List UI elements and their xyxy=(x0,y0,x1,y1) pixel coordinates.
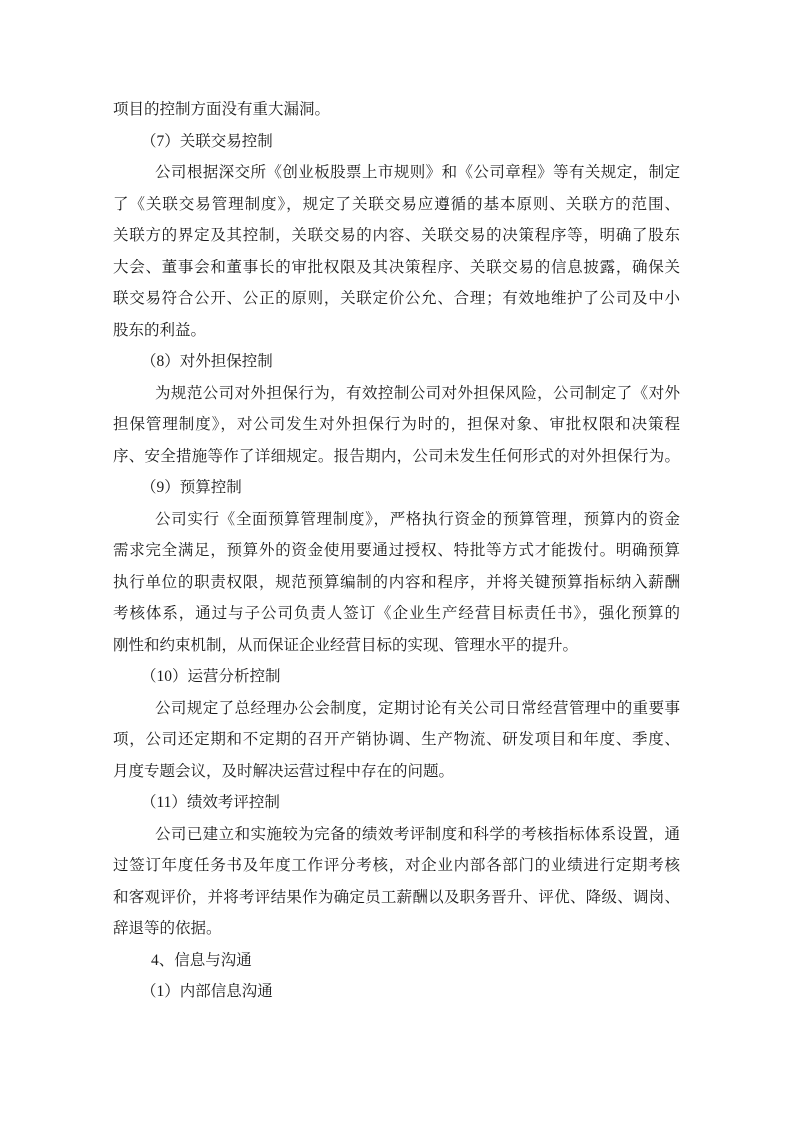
text-line: 公司根据深交所《创业板股票上市规则》和《公司章程》等有关规定，制定 xyxy=(113,157,680,189)
text-line: 联交易符合公开、公正的原则，关联定价公允、合理；有效地维护了公司及中小 xyxy=(113,283,680,315)
section-heading: （1）内部信息沟通 xyxy=(113,976,680,1008)
text-line: 了《关联交易管理制度》，规定了关联交易应遵循的基本原则、关联方的范围、 xyxy=(113,189,680,221)
text-line: 考核体系，通过与子公司负责人签订《企业生产经营目标责任书》，强化预算的 xyxy=(113,598,680,630)
text-line: 担保管理制度》，对公司发生对外担保行为时的，担保对象、审批权限和决策程 xyxy=(113,409,680,441)
text-line: 月度专题会议，及时解决运营过程中存在的问题。 xyxy=(113,756,680,788)
text-line: 为规范公司对外担保行为，有效控制公司对外担保风险，公司制定了《对外 xyxy=(113,378,680,410)
text-line: 项，公司还定期和不定期的召开产销协调、生产物流、研发项目和年度、季度、 xyxy=(113,724,680,756)
text-line: 需求完全满足，预算外的资金使用要通过授权、特批等方式才能拨付。明确预算 xyxy=(113,535,680,567)
text-line: 公司实行《全面预算管理制度》，严格执行资金的预算管理，预算内的资金 xyxy=(113,504,680,536)
text-line: 关联方的界定及其控制，关联交易的内容、关联交易的决策程序等，明确了股东 xyxy=(113,220,680,252)
document-body: 项目的控制方面没有重大漏洞。 （7）关联交易控制 公司根据深交所《创业板股票上市… xyxy=(113,94,680,1008)
document-page: 项目的控制方面没有重大漏洞。 （7）关联交易控制 公司根据深交所《创业板股票上市… xyxy=(0,0,793,1122)
section-heading: （8）对外担保控制 xyxy=(113,346,680,378)
text-line: 辞退等的依据。 xyxy=(113,913,680,945)
text-line: 股东的利益。 xyxy=(113,315,680,347)
text-line: 执行单位的职责权限，规范预算编制的内容和程序，并将关键预算指标纳入薪酬 xyxy=(113,567,680,599)
text-line: 公司已建立和实施较为完备的绩效考评制度和科学的考核指标体系设置，通 xyxy=(113,819,680,851)
section-heading: （7）关联交易控制 xyxy=(113,126,680,158)
text-line: 公司规定了总经理办公会制度，定期讨论有关公司日常经营管理中的重要事 xyxy=(113,693,680,725)
section-heading: 4、信息与沟通 xyxy=(113,945,680,977)
text-line: 大会、董事会和董事长的审批权限及其决策程序、关联交易的信息披露，确保关 xyxy=(113,252,680,284)
text-line: 序、安全措施等作了详细规定。报告期内，公司未发生任何形式的对外担保行为。 xyxy=(113,441,680,473)
section-heading: （10）运营分析控制 xyxy=(113,661,680,693)
section-heading: （9）预算控制 xyxy=(113,472,680,504)
text-line: 过签订年度任务书及年度工作评分考核，对企业内部各部门的业绩进行定期考核 xyxy=(113,850,680,882)
text-line: 和客观评价，并将考评结果作为确定员工薪酬以及职务晋升、评优、降级、调岗、 xyxy=(113,882,680,914)
section-heading: （11）绩效考评控制 xyxy=(113,787,680,819)
text-line: 刚性和约束机制，从而保证企业经营目标的实现、管理水平的提升。 xyxy=(113,630,680,662)
text-line: 项目的控制方面没有重大漏洞。 xyxy=(113,94,680,126)
